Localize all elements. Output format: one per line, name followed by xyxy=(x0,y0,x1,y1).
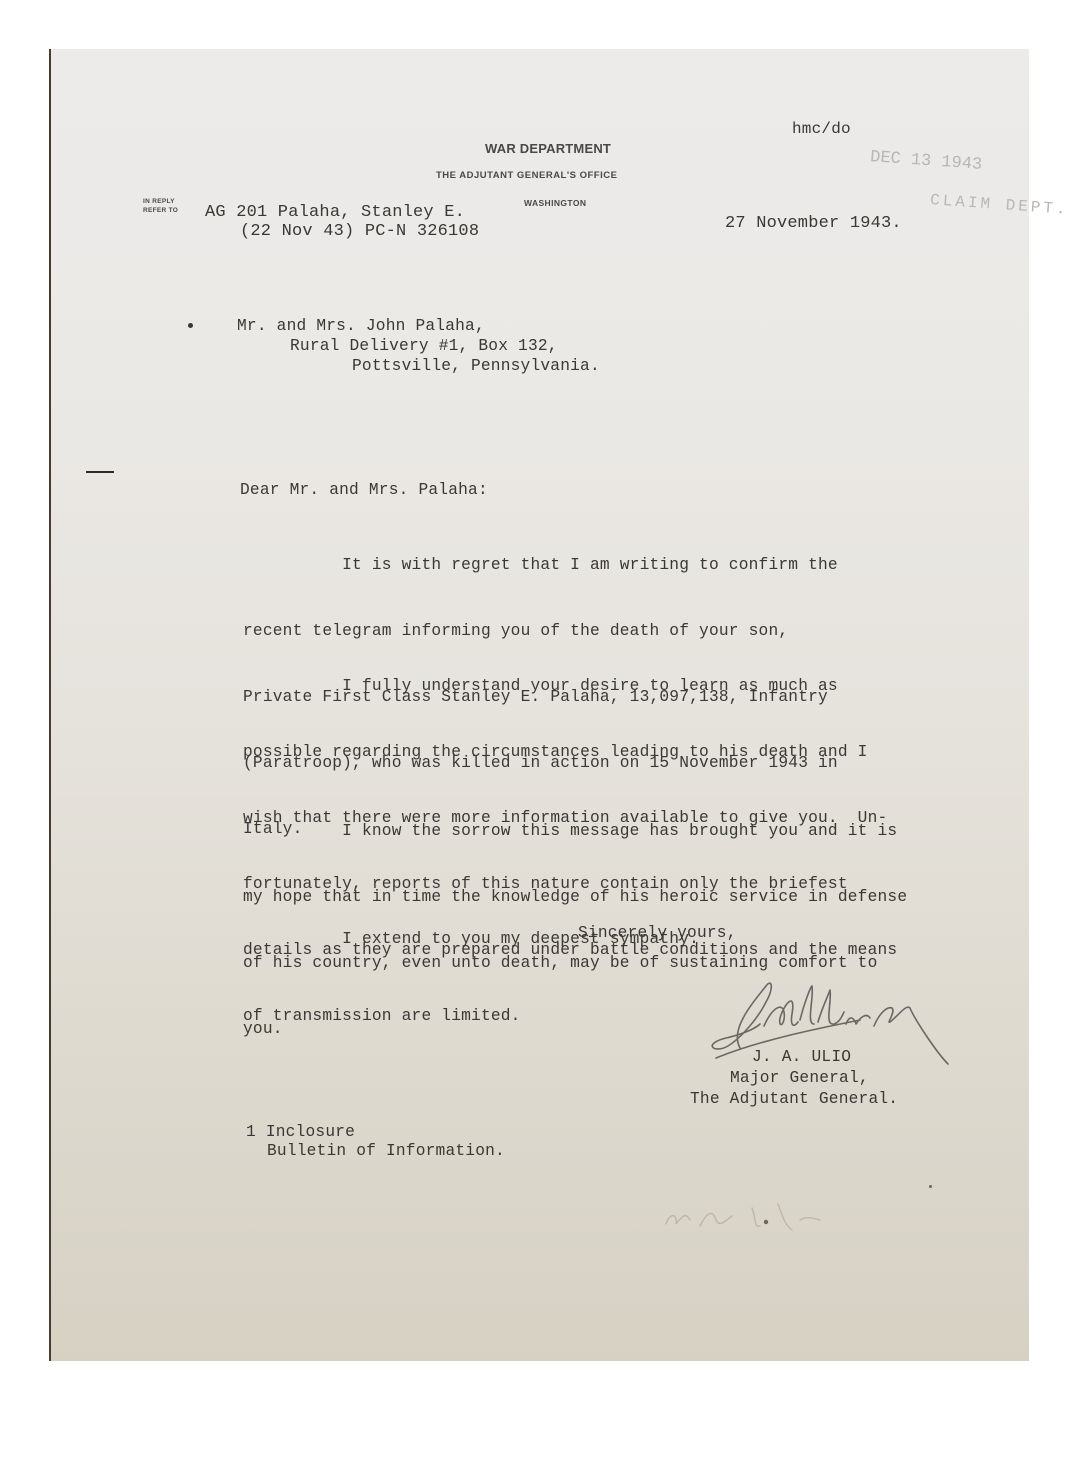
bleed-through-mark-icon xyxy=(660,1190,840,1240)
salutation: Dear Mr. and Mrs. Palaha: xyxy=(240,479,488,501)
letterhead-department: WAR DEPARTMENT xyxy=(485,141,611,156)
refer-label-line1: IN REPLY xyxy=(143,197,178,206)
file-reference-line2: (22 Nov 43) PC-N 326108 xyxy=(240,221,479,243)
paper-speck xyxy=(929,1185,932,1188)
margin-bullet xyxy=(188,323,193,328)
margin-mark xyxy=(86,471,114,473)
recipient-address-line1: Rural Delivery #1, Box 132, xyxy=(290,335,558,357)
signatory-rank: Major General, xyxy=(730,1067,869,1089)
reference-initials: hmc/do xyxy=(792,118,851,140)
recipient-address-line2: Pottsville, Pennsylvania. xyxy=(352,355,600,377)
body-line: I fully understand your desire to learn … xyxy=(243,675,963,697)
enclosure-item: Bulletin of Information. xyxy=(267,1140,505,1162)
recipient-name: Mr. and Mrs. John Palaha, xyxy=(237,315,485,337)
body-line: It is with regret that I am writing to c… xyxy=(243,554,963,576)
letterhead-office: THE ADJUTANT GENERAL'S OFFICE xyxy=(436,170,617,181)
letterhead-city: WASHINGTON xyxy=(524,198,586,208)
letter-date: 27 November 1943. xyxy=(725,213,902,235)
body-line: possible regarding the circumstances lea… xyxy=(243,741,963,763)
refer-label-line2: REFER TO xyxy=(143,206,178,215)
body-line: I know the sorrow this message has broug… xyxy=(243,820,963,842)
signatory-name: J. A. ULIO xyxy=(752,1046,851,1068)
refer-to-label: IN REPLY REFER TO xyxy=(143,197,178,215)
closing: Sincerely yours, xyxy=(578,922,737,944)
signatory-title: The Adjutant General. xyxy=(690,1088,898,1110)
